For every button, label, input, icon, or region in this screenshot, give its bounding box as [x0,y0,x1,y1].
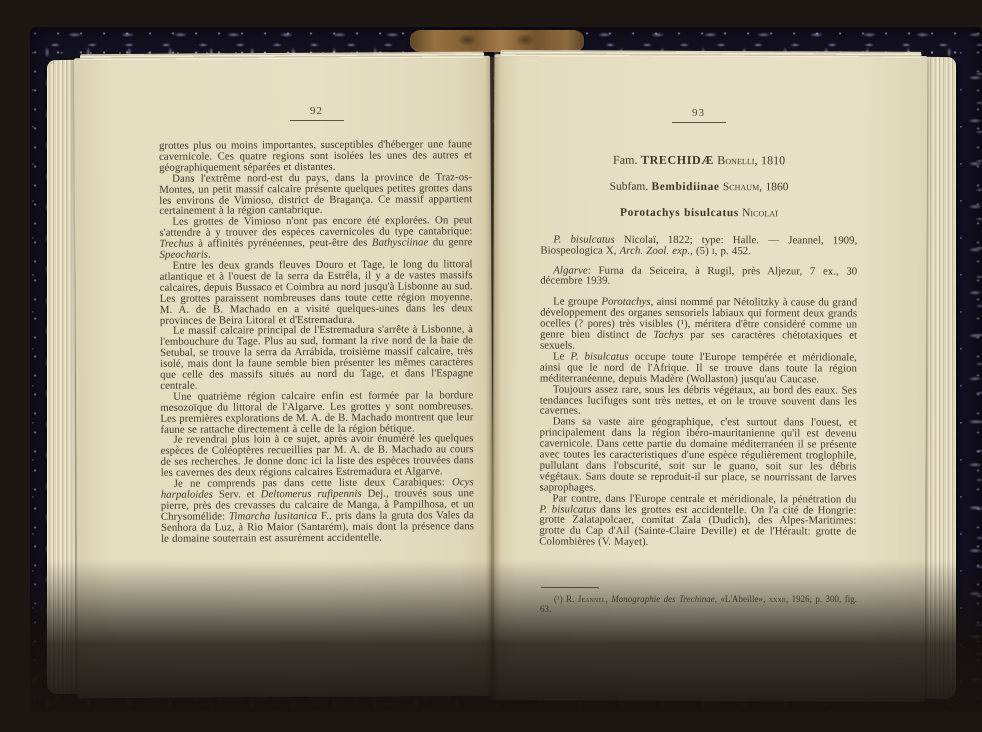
footnote-area: (¹) R. Jeannel, Monographie des Trechina… [540,594,857,614]
footnote: (¹) R. Jeannel, Monographie des Trechina… [540,594,857,614]
cover-bottom-shadow [30,560,982,712]
paragraph: Le massif calcaire principal de l'Estrem… [160,325,473,392]
book-headband [410,30,584,52]
left-page-text-column: grottes plus ou moins importantes, susce… [159,139,474,544]
family-heading: Fam. TRECHIDÆ Bonelli, 1810 [541,154,858,166]
book-scan: 92 93 grottes plus ou moins importantes,… [0,0,982,732]
paragraph: Dans l'extrême nord-est du pays, dans la… [159,172,472,217]
paragraph: Je revendrai plus loin à ce sujet, après… [160,434,473,479]
paragraph: Les grottes de Vimioso n'ont pas encore … [159,216,472,261]
paragraph: grottes plus ou moins importantes, susce… [159,139,472,173]
paragraph: Par contre, dans l'Europe centrale et mé… [539,493,856,549]
right-page-header: 93 [540,107,857,123]
subfamily-heading: Subfam. Bembidiinae Schaum, 1860 [541,181,858,193]
paragraph: Le groupe Porotachys, ainsi nommé par Né… [540,297,857,353]
locality-record: Algarve: Furna da Seiceira, à Rugil, prè… [540,265,857,288]
footnote-rule [541,587,599,588]
paragraph: Entre les deux grands fleuves Douro et T… [160,259,473,326]
paragraph: Dans sa vaste aire géographique, c'est s… [539,417,856,494]
paragraph: Toujours assez rare, sous les débris vég… [540,384,857,418]
right-page-number: 93 [540,107,857,119]
left-page-number: 92 [160,105,473,117]
species-heading: Porotachys bisulcatus Nicolaï [540,207,857,219]
paragraph: Une quatrième région calcaire enfin est … [160,390,473,435]
paragraph: Le P. bisulcatus occupe toute l'Europe t… [540,351,857,385]
paragraph: Je ne comprends pas dans cette liste deu… [161,477,474,544]
right-page-text-column: Fam. TRECHIDÆ Bonelli, 1810Subfam. Bembi… [539,139,857,548]
left-page-number-rule [290,120,344,121]
left-page-header: 92 [160,105,473,121]
right-page-number-rule [672,122,726,123]
synonymy-reference: P. bisulcatus Nicolaï, 1822; type: Halle… [540,234,857,257]
